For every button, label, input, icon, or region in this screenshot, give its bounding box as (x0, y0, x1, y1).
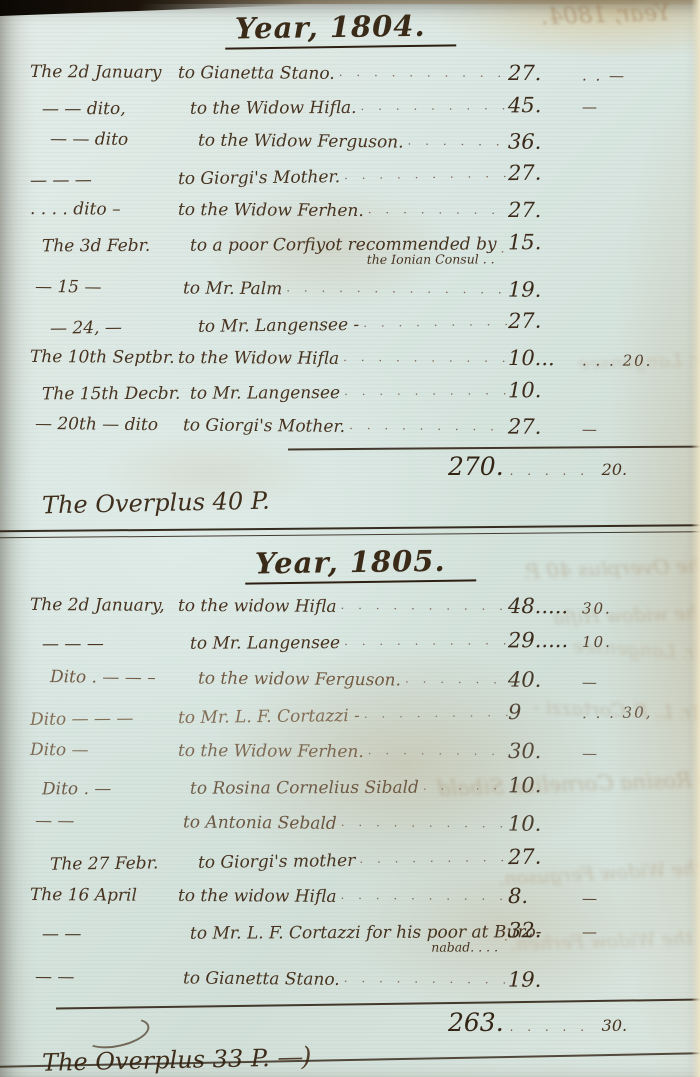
entry-body: to Mr. Langensee (190, 634, 340, 655)
ledger-entry-row: Dito . —to Rosina Cornelius Sibald. . . … (30, 773, 674, 801)
entry-amount-secondary: . . — (582, 66, 674, 85)
entry-description: to Gianetta Stano. (178, 63, 335, 84)
entries-1804: The 2d Januaryto Gianetta Stano.. . . . … (30, 60, 674, 438)
leader-dots: . . . . . . . . . . . . . . . . . . . . … (335, 65, 508, 80)
entry-amount: 27. (508, 308, 582, 334)
section-total-row: 263. . . . . . . . . . . . . . . . . . .… (448, 1008, 674, 1037)
entry-amount-secondary: . . . 30, (582, 703, 674, 722)
entry-date: The 10th Septbr. (30, 347, 178, 368)
ledger-entry-row: The 16 Aprilto the widow Hifla. . . . . … (30, 881, 674, 910)
ledger-entry-row: — — —to Mr. Langensee. . . . . . . . . .… (30, 628, 674, 656)
entry-body: to Giorgi's mother (198, 851, 356, 873)
overplus-text: The Overplus 33 P. (42, 1044, 270, 1077)
entry-amount: 19. (508, 278, 582, 304)
entry-description: to Mr. Langensee (190, 383, 340, 404)
entry-amount: 10. (508, 773, 582, 799)
leader-dots: . . . . . . . . . . . . . . . . . . . . … (282, 281, 508, 298)
entry-amount: 10. (508, 378, 582, 404)
ledger-content: Year, 1804. The 2d Januaryto Gianetta St… (0, 0, 700, 1075)
entry-date: Dito . — (42, 779, 190, 800)
entry-amount: 36. (508, 130, 582, 156)
year-heading-1804: Year, 1804. (225, 8, 456, 49)
entry-date: — — dito, (42, 99, 190, 120)
entry-body: to Mr. Langensee (190, 383, 340, 404)
manuscript-page: Year, 1804. The Overplus 40 P. to the wi… (0, 0, 700, 1077)
entry-description: to Mr. L. F. Cortazzi - (178, 706, 360, 728)
ledger-entry-row: — —to Mr. L. F. Cortazzi for his poor at… (30, 918, 674, 957)
leader-dots: . . . . . . . . . . . . . . . . . . . . … (364, 202, 508, 217)
entry-amount: 27. (508, 415, 582, 441)
leader-dots: . . . . . . . . . . . . . . . . . . . . … (355, 850, 508, 866)
entry-body: to Gianetta Stano. (183, 969, 340, 991)
section-total-row: 270. . . . . . . . . . . . . . . . . . .… (448, 452, 674, 481)
ink-flourish: —) (277, 1042, 310, 1073)
entry-description: to the widow Hifla (178, 886, 337, 907)
entry-amount: 30. (508, 739, 582, 765)
ledger-entry-row: . . . . dito –to the Widow Ferhen.. . . … (30, 195, 674, 224)
entry-date: The 15th Decbr. (42, 384, 190, 405)
entry-body: to the widow Hifla (178, 596, 337, 617)
entry-amount-secondary (582, 988, 674, 989)
entry-amount: 8. (508, 884, 582, 910)
entry-body: to a poor Corfiyot recommended bythe Ion… (190, 234, 497, 268)
ledger-entry-row: The 3d Febr.to a poor Corfiyot recommend… (30, 230, 674, 269)
entry-amount-secondary: — (582, 98, 674, 116)
year-heading-1805: Year, 1805. (245, 544, 476, 585)
total-amount-secondary: 30. (602, 1016, 627, 1035)
entry-amount-secondary (582, 150, 674, 151)
ledger-entry-row: Dito . — — –to the widow Ferguson.. . . … (30, 663, 674, 694)
leader-dots: . . . . . . . . . . . . . . . . . . . . … (340, 634, 508, 649)
entry-body: to Mr. L. F. Cortazzi - (178, 706, 360, 729)
leader-dots: . . . . . . . . . . . . . . . . . . . . … (510, 1020, 596, 1034)
entry-date: — — (35, 811, 183, 833)
leader-dots: . . . . . . . . . . . . . . . . . . . . … (340, 384, 508, 399)
entry-amount: 15. (508, 230, 582, 256)
entry-amount-secondary: — (582, 673, 674, 692)
entry-amount: 10. (508, 812, 582, 838)
entry-description: to the widow Ferguson. (198, 668, 401, 690)
leader-dots: . . . . . . . . . . . . . . . . . . . . … (364, 743, 508, 758)
entry-body: to the widow Ferguson. (198, 668, 401, 690)
leader-dots: . . . . . . . . . . . . . . . . . . . . … (336, 888, 508, 903)
ledger-entry-row: Dito —to the Widow Ferhen.. . . . . . . … (30, 736, 674, 765)
total-amount: 270. (448, 452, 504, 481)
entry-description: to the Widow Ferhen. (178, 741, 364, 762)
entry-amount-secondary (582, 298, 674, 299)
entry-description: to the widow Hifla (178, 596, 337, 617)
entry-amount: 48..... (508, 594, 582, 620)
entry-description: to Giorgi's Mother. (178, 167, 340, 189)
entry-body: to the widow Hifla (178, 886, 337, 907)
entry-date: Dito — — — (30, 708, 178, 730)
ledger-entry-row: — — dito,to the Widow Hifla.. . . . . . … (30, 93, 674, 121)
ledger-entry-row: Dito — — —to Mr. L. F. Cortazzi -. . . .… (30, 698, 674, 731)
entry-amount-secondary: — (582, 889, 674, 908)
leader-dots: . . . . . . . . . . . . . . . . . . . . … (336, 599, 508, 614)
entry-amount-secondary (582, 832, 674, 833)
entry-body: to Mr. Langensee - (198, 314, 359, 336)
ledger-entry-row: — 20th — ditoto Giorgi's Mother.. . . . … (30, 410, 674, 441)
entry-description: to Antonia Sebald (183, 813, 337, 834)
ledger-entry-row: — 24, —to Mr. Langensee -. . . . . . . .… (30, 307, 674, 340)
entry-description: to Rosina Cornelius Sibald (190, 778, 419, 799)
entry-amount: 32. (508, 918, 582, 944)
leader-dots: . . . . . . . . . . . . . . . . . . . . … (360, 705, 508, 721)
entry-body: to Giorgi's Mother. (178, 167, 340, 189)
section-divider-rule (0, 524, 700, 539)
page-right-edge (691, 0, 700, 1077)
entry-date: — — dito (50, 129, 198, 151)
leader-dots: . . . . . . . . . . . . . . . . . . . . … (359, 314, 508, 330)
entry-amount-secondary: . . . 20. (582, 351, 674, 370)
entry-body: to the Widow Hifla (178, 348, 339, 369)
entry-date: The 16 April (30, 885, 178, 906)
overplus-note: The Overplus 40 P. (42, 487, 270, 520)
entry-amount: 27. (508, 844, 582, 870)
entry-date: — — — (42, 634, 190, 655)
leader-dots: . . . . . . . . . . . . . . . . . . . . … (337, 816, 508, 832)
entry-amount-secondary (582, 326, 674, 327)
entry-date: — — — (30, 169, 178, 191)
ledger-entry-row: — — ditoto the Widow Ferguson.. . . . . … (30, 125, 674, 156)
entry-date: The 2d January (30, 62, 178, 83)
entry-amount: 45. (508, 93, 582, 119)
entry-amount: 9 (508, 699, 582, 725)
total-rule (288, 446, 700, 451)
entry-amount-secondary: 10. (582, 633, 674, 651)
leader-dots: . . . . . . . . . . . . . . . . . . . . … (419, 779, 508, 794)
entry-amount-secondary (582, 217, 674, 218)
entry-body: to the Widow Hifla. (190, 98, 357, 119)
entry-amount: 19. (508, 968, 582, 994)
entry-description: to Giorgi's Mother. (183, 415, 345, 437)
entry-date: Dito — (30, 740, 178, 761)
entry-amount: 27. (508, 198, 582, 224)
leader-dots: . . . . . . . . . . . . . . . . . . . . … (340, 166, 508, 182)
entry-amount-secondary (582, 862, 674, 863)
entry-body: to the Widow Ferguson. (198, 131, 404, 153)
entry-body: to the Widow Ferhen. (178, 200, 364, 222)
entry-body: to Antonia Sebald (183, 813, 337, 835)
entry-date: — — (35, 967, 183, 989)
entry-description: to the Widow Hifla (178, 348, 339, 369)
entry-amount-secondary: — (582, 744, 674, 763)
entry-description: to the Widow Hifla. (190, 98, 357, 119)
leader-dots: . . . . . . . . . . . . . . . . . . . . … (401, 672, 508, 687)
entry-description: to the Widow Ferguson. (198, 131, 404, 153)
entry-description: to Giorgi's mother (198, 851, 356, 873)
entry-date: — — (42, 924, 190, 945)
entry-amount-secondary (582, 178, 674, 179)
entry-date: . . . . dito – (30, 199, 178, 220)
entry-description: to Gianetta Stano. (183, 969, 340, 991)
entry-amount-secondary: 30. (582, 600, 674, 619)
entry-amount: 27. (508, 61, 582, 87)
entry-body: to Giorgi's Mother. (183, 415, 345, 437)
ledger-section-1805: Year, 1805. The 2d January,to the widow … (30, 545, 674, 1074)
ledger-entry-row: The 2d Januaryto Gianetta Stano.. . . . … (30, 58, 674, 87)
leader-dots: . . . . . . . . . . . . . . . . . . . . … (500, 929, 508, 943)
total-amount-secondary: 20. (602, 460, 627, 479)
entry-amount: 29..... (508, 628, 582, 654)
entry-description: to Mr. Langensee (190, 634, 340, 655)
entry-amount-secondary: — (582, 923, 674, 941)
ledger-entry-row: — — —to Giorgi's Mother.. . . . . . . . … (30, 159, 674, 192)
overplus-note: The Overplus 33 P. —) (42, 1042, 310, 1077)
entry-body: to Mr. Palm (183, 279, 283, 300)
entry-date: — 15 — (35, 277, 183, 299)
ledger-entry-row: — 15 —to Mr. Palm. . . . . . . . . . . .… (30, 273, 674, 304)
entry-amount: 27. (508, 160, 582, 186)
leader-dots: . . . . . . . . . . . . . . . . . . . . … (345, 418, 508, 434)
entry-body: to Gianetta Stano. (178, 63, 335, 84)
ledger-entry-row: The 27 Febr.to Giorgi's mother. . . . . … (30, 843, 674, 876)
leader-dots: . . . . . . . . . . . . . . . . . . . . … (510, 464, 596, 478)
ledger-section-1804: Year, 1804. The 2d Januaryto Gianetta St… (30, 10, 674, 517)
entry-date: The 2d January, (30, 595, 178, 616)
entries-1805: The 2d January,to the widow Hifla. . . .… (30, 593, 674, 991)
entry-amount-secondary: — (582, 420, 674, 439)
entry-body: to Rosina Cornelius Sibald (190, 778, 419, 799)
leader-dots: . . . . . . . . . . . . . . . . . . . . … (357, 99, 509, 114)
ledger-entry-row: — —to Gianetta Stano.. . . . . . . . . .… (30, 963, 674, 994)
ledger-entry-row: — —to Antonia Sebald. . . . . . . . . . … (30, 807, 674, 838)
entry-description: to Mr. Langensee - (198, 314, 359, 336)
entry-date: — 20th — dito (35, 414, 183, 436)
entry-description: to the Widow Ferhen. (178, 200, 364, 221)
leader-dots: . . . . . . . . . . . . . . . . . . . . … (339, 350, 508, 365)
entry-date: — 24, — (50, 316, 198, 338)
entry-body: to the Widow Ferhen. (178, 741, 364, 763)
ledger-entry-row: The 15th Decbr.to Mr. Langensee. . . . .… (30, 377, 674, 405)
total-amount: 263. (448, 1008, 504, 1037)
entry-description: to Mr. Palm (183, 279, 282, 300)
entry-date: The 27 Febr. (50, 852, 198, 874)
ledger-entry-row: The 10th Septbr.to the Widow Hifla. . . … (30, 343, 674, 372)
entry-body: to Mr. L. F. Cortazzi for his poor at Bu… (190, 922, 500, 956)
entry-amount: 10... (508, 346, 582, 372)
leader-dots: . . . . . . . . . . . . . . . . . . . . … (340, 972, 508, 988)
entry-date: Dito . — — – (50, 667, 198, 689)
ledger-entry-row: The 2d January,to the widow Hifla. . . .… (30, 591, 674, 620)
entry-date: The 3d Febr. (42, 236, 190, 257)
leader-dots: . . . . . . . . . . . . . . . . . . . . … (497, 241, 508, 255)
entry-amount: 40. (508, 667, 582, 693)
leader-dots: . . . . . . . . . . . . . . . . . . . . … (404, 134, 509, 149)
